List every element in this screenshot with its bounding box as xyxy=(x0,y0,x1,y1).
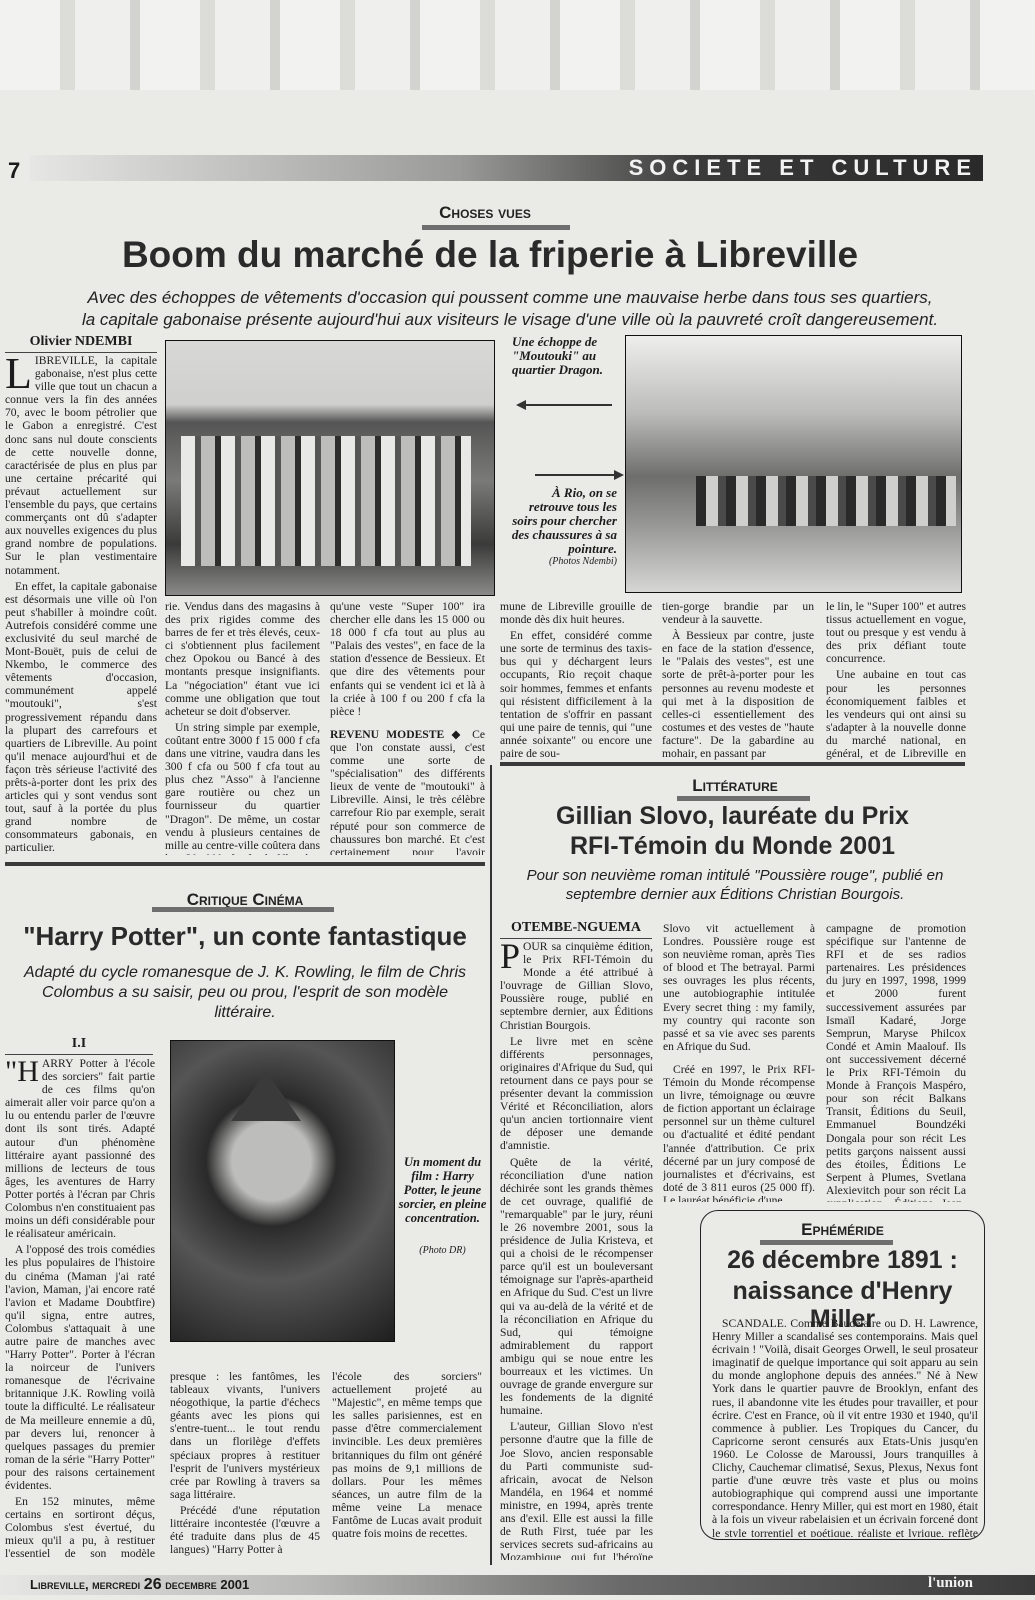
arrow-right-icon xyxy=(535,474,620,476)
clothes-rack-image xyxy=(181,436,471,566)
photo1-caption: Une échoppe de "Moutouki" au quartier Dr… xyxy=(512,335,622,377)
divider-rule xyxy=(5,862,485,866)
article2-headline: "Harry Potter", un conte fantastique xyxy=(0,922,490,951)
article2-column-2: presque : les fantômes, les tableaux viv… xyxy=(170,1370,320,1560)
article2-column-1: "HARRY Potter à l'école des sorciers" fa… xyxy=(5,1057,155,1557)
kicker-underline xyxy=(152,907,334,912)
photo-credit: (Photos Ndembi) xyxy=(505,556,617,567)
dropcap: P xyxy=(500,941,520,971)
article1-byline: Olivier NDEMBI xyxy=(5,334,157,353)
dropcap: L xyxy=(5,355,32,393)
subhead-revenu-modeste: REVENU MODESTE ◆ xyxy=(330,728,465,741)
divider-rule xyxy=(500,762,965,766)
article3-column-3: campagne de promotion spécifique sur l'a… xyxy=(826,922,966,1202)
footer-date: Libreville, mercredi 26 decembre 2001 xyxy=(30,1576,249,1594)
kicker-underline xyxy=(422,225,570,230)
shoes-on-ground-image xyxy=(696,476,956,526)
article3-headline-line2: RFI-Témoin du Monde 2001 xyxy=(495,833,970,861)
photo-moutouki-stall xyxy=(165,340,495,596)
photo2-caption: À Rio, on se retrouve tous les soirs pou… xyxy=(505,486,617,556)
article1-column-2: rie. Vendus dans des magasins à des prix… xyxy=(165,600,320,855)
dropcap: "H xyxy=(5,1058,39,1086)
article3-kicker: Littérature xyxy=(650,776,820,796)
article3-byline: OTEMBE-NGUEMA xyxy=(500,920,652,939)
photo-credit: (Photo DR) xyxy=(395,1245,490,1256)
photo-harry-potter xyxy=(170,1040,395,1342)
article1-column-1: LIBREVILLE, la capitale gabonaise, n'est… xyxy=(5,354,157,854)
photo-caption: Un moment du film : Harry Potter, le jeu… xyxy=(395,1155,490,1225)
article1-deck-line2: la capitale gabonaise présente aujourd'h… xyxy=(10,309,1010,330)
page-number: 7 xyxy=(8,158,20,184)
article2-column-3: l'école des sorciers" actuellement proje… xyxy=(332,1370,482,1560)
kicker-underline xyxy=(760,1240,893,1245)
kicker-underline xyxy=(677,796,810,801)
arrow-left-icon xyxy=(520,404,612,406)
article1-headline: Boom du marché de la friperie à Librevil… xyxy=(30,235,950,276)
article4-kicker: Ephéméride xyxy=(700,1220,985,1240)
article1-deck-line1: Avec des échoppes de vêtements d'occasio… xyxy=(10,287,1010,308)
article4-headline-line1: 26 décembre 1891 : xyxy=(700,1247,985,1275)
article1-column-6: le lin, le "Super 100" et autres tissus … xyxy=(826,600,966,760)
article1-kicker: Choses vues xyxy=(400,203,570,223)
article2-byline: I.I xyxy=(5,1036,153,1055)
article1-column-3: qu'une veste "Super 100" ira chercher el… xyxy=(330,600,485,855)
article3-column-1: POUR sa cinquième édition, le Prix RFI-T… xyxy=(500,940,653,1560)
article2-deck: Adapté du cycle romanesque de J. K. Rowl… xyxy=(15,963,475,1023)
photo-rio-shoe-market xyxy=(625,335,962,593)
article3-headline-line1: Gillian Slovo, lauréate du Prix xyxy=(495,803,970,831)
section-title: SOCIETE ET CULTURE xyxy=(629,155,977,181)
sorting-hat-image xyxy=(231,1071,301,1121)
newspaper-logo: l'union xyxy=(928,1575,973,1592)
article1-column-5: tien-gorge brandie par un vendeur à la s… xyxy=(662,600,814,760)
column-divider xyxy=(490,765,492,1565)
scan-top-margin xyxy=(0,0,1035,90)
article3-column-2: Slovo vit actuellement à Londres. Poussi… xyxy=(663,922,815,1202)
article1-column-4: mune de Libreville grouille de monde dès… xyxy=(500,600,652,760)
article4-body: SCANDALE. Comme Baudelaire ou D. H. Lawr… xyxy=(712,1317,978,1537)
article3-deck: Pour son neuvième roman intitulé "Poussi… xyxy=(500,867,970,905)
